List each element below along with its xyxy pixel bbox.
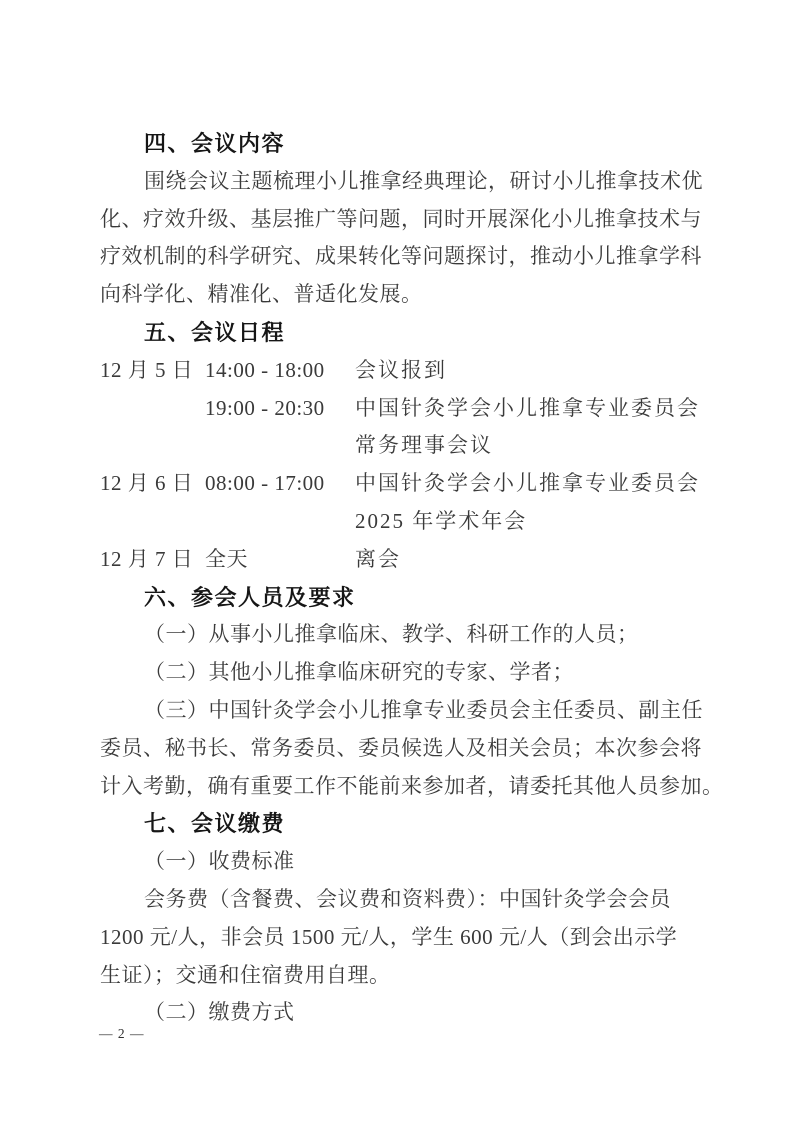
participants-line: （二）其他小儿推拿临床研究的专家、学者； [100,654,700,692]
section-heading-meeting-schedule: 五、会议日程 [100,314,700,352]
schedule-event: 常务理事会议 [355,427,700,465]
participants-line: 委员、秘书长、常务委员、委员候选人及相关会员；本次参会将 [100,730,700,768]
schedule-time: 14:00 - 18:00 [205,352,355,390]
fees-line: （二）缴费方式 [100,994,700,1032]
schedule-row: 常务理事会议 [100,427,700,465]
schedule-date: 12 月 6 日 [100,465,205,503]
participants-line: （一）从事小儿推拿临床、教学、科研工作的人员； [100,616,700,654]
schedule-date: 12 月 7 日 [100,541,205,579]
schedule-time: 08:00 - 17:00 [205,465,355,503]
section-heading-meeting-content: 四、会议内容 [100,125,700,163]
fees-line: （一）收费标准 [100,843,700,881]
schedule-date [100,427,205,465]
schedule-row: 12 月 5 日 14:00 - 18:00 会议报到 [100,352,700,390]
meeting-content-line: 疗效机制的科学研究、成果转化等问题探讨，推动小儿推拿学科 [100,238,700,276]
meeting-content-line: 化、疗效升级、基层推广等问题，同时开展深化小儿推拿技术与 [100,201,700,239]
schedule-date: 12 月 5 日 [100,352,205,390]
schedule-row: 2025 年学术年会 [100,503,700,541]
section-heading-participants: 六、参会人员及要求 [100,579,700,617]
schedule-time: 全天 [205,541,355,579]
schedule-event: 中国针灸学会小儿推拿专业委员会 [355,390,700,428]
schedule-time [205,427,355,465]
schedule-row: 19:00 - 20:30 中国针灸学会小儿推拿专业委员会 [100,390,700,428]
fees-line: 1200 元/人，非会员 1500 元/人，学生 600 元/人（到会出示学 [100,919,700,957]
fees-line: 生证）；交通和住宿费用自理。 [100,957,700,995]
schedule-time: 19:00 - 20:30 [205,390,355,428]
schedule-event: 离会 [355,541,700,579]
document-page: 四、会议内容 围绕会议主题梳理小儿推拿经典理论，研讨小儿推拿技术优 化、疗效升级… [0,0,800,1131]
meeting-content-line: 向科学化、精准化、普适化发展。 [100,276,700,314]
document-body: 四、会议内容 围绕会议主题梳理小儿推拿经典理论，研讨小儿推拿技术优 化、疗效升级… [100,125,700,1032]
schedule-event: 中国针灸学会小儿推拿专业委员会 [355,465,700,503]
participants-line: （三）中国针灸学会小儿推拿专业委员会主任委员、副主任 [100,692,700,730]
schedule-date [100,503,205,541]
section-heading-fees: 七、会议缴费 [100,805,700,843]
schedule-date [100,390,205,428]
meeting-content-line: 围绕会议主题梳理小儿推拿经典理论，研讨小儿推拿技术优 [100,163,700,201]
schedule-time [205,503,355,541]
schedule-event: 会议报到 [355,352,700,390]
schedule-event: 2025 年学术年会 [355,503,700,541]
schedule-row: 12 月 7 日 全天 离会 [100,541,700,579]
schedule-row: 12 月 6 日 08:00 - 17:00 中国针灸学会小儿推拿专业委员会 [100,465,700,503]
participants-line: 计入考勤，确有重要工作不能前来参加者，请委托其他人员参加。 [100,768,700,806]
page-number: — 2 — [99,1026,145,1042]
fees-line: 会务费（含餐费、会议费和资料费）：中国针灸学会会员 [100,881,700,919]
